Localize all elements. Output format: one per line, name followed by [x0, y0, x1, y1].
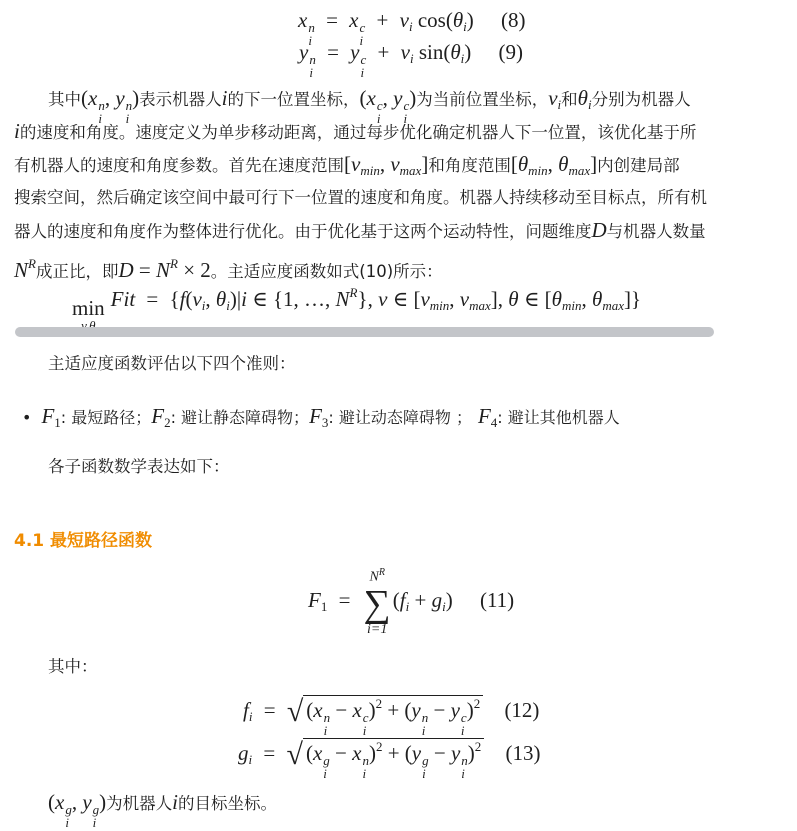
- criteria-item-f3: F3: 避让动态障碍物 ；: [309, 408, 472, 427]
- equation-number: (8): [501, 8, 526, 32]
- text-segment: 有机器人的速度和角度参数。首先在速度范围: [14, 156, 344, 175]
- paragraph-where: 其中：: [14, 650, 797, 683]
- bullet-icon: •: [22, 408, 31, 427]
- horizontal-scrollbar[interactable]: [15, 327, 714, 337]
- equation-number: (11): [480, 588, 514, 612]
- equation-10: minv,θFit = {f(vi, θi)|i ∈ {1, …, NR}, v…: [72, 285, 641, 332]
- equation-number: (9): [499, 40, 524, 64]
- paragraph-subfunctions-intro: 各子函数数学表达如下：: [14, 450, 797, 483]
- criteria-text: : 避让动态障碍物 ；: [328, 408, 472, 427]
- text-segment: 和: [561, 90, 578, 109]
- equation-12: fi = √(xni − xci)2 + (yni − yci)2 (12): [243, 695, 539, 737]
- paragraph-method-description: 其中(xni, yni)表示机器人i的下一位置坐标，(xci, yci)为当前位…: [14, 82, 784, 280]
- paragraph-criteria-intro: 主适应度函数评估以下四个准则：: [14, 347, 797, 380]
- equation-13: gi = √(xgi − xni)2 + (ygi − yni)2 (13): [238, 738, 541, 780]
- text-segment: 和角度范围: [428, 156, 511, 175]
- equation-number: (13): [506, 741, 541, 765]
- text-segment: 为当前位置坐标，: [416, 90, 548, 109]
- equation-number: (12): [504, 698, 539, 722]
- criteria-item-f1: F1: 最短路径；: [41, 408, 151, 427]
- criteria-text: : 最短路径；: [61, 408, 151, 427]
- criteria-text: : 避让静态障碍物；: [171, 408, 309, 427]
- fit-symbol: Fit: [111, 287, 136, 311]
- equation-9: yni = yci + vi sin(θi) (9): [299, 40, 523, 79]
- text-segment: 表示机器人: [139, 90, 222, 109]
- text-segment: 其中: [48, 90, 81, 109]
- text-segment: 与机器人数量: [607, 222, 706, 241]
- text-segment: 内创建局部: [597, 156, 680, 175]
- paragraph-goal-coords: (xgi, ygi)为机器人i的目标坐标。: [14, 786, 797, 829]
- text-segment: 为机器人: [106, 794, 172, 813]
- text-segment: 器人的速度和角度作为整体进行优化。由于优化基于这两个运动特性，问题维度: [14, 222, 592, 241]
- equation-11: F1 = NR∑i=1(fi + gi) (11): [308, 568, 514, 637]
- section-heading: 4.1 最短路径函数: [14, 526, 152, 551]
- criteria-item-f4: F4: 避让其他机器人: [478, 408, 620, 427]
- text-segment: 各子函数数学表达如下：: [48, 457, 230, 476]
- criteria-item-f2: F2: 避让静态障碍物；: [151, 408, 309, 427]
- text-segment: 。主适应度函数如式(10)所示：: [211, 262, 443, 281]
- text-segment: 成正比，即: [36, 262, 119, 281]
- text-segment: 的速度和角度。速度定义为单步移动距离，通过每步优化确定机器人下一位置，该优化基于…: [20, 123, 697, 142]
- min-operator: min: [72, 298, 105, 319]
- text-segment: 的下一位置坐标，: [228, 90, 360, 109]
- text-segment: 的目标坐标。: [178, 794, 277, 813]
- text-segment: 搜索空间，然后确定该空间中最可行下一位置的速度和角度。机器人持续移动至目标点，所…: [14, 188, 707, 207]
- text-segment: 分别为机器人: [592, 90, 691, 109]
- criteria-list: •F1: 最短路径；F2: 避让静态障碍物；F3: 避让动态障碍物 ；F4: 避…: [22, 404, 620, 431]
- criteria-text: : 避让其他机器人: [497, 408, 619, 427]
- text-segment: 其中：: [48, 657, 98, 676]
- text-segment: 主适应度函数评估以下四个准则：: [48, 354, 296, 373]
